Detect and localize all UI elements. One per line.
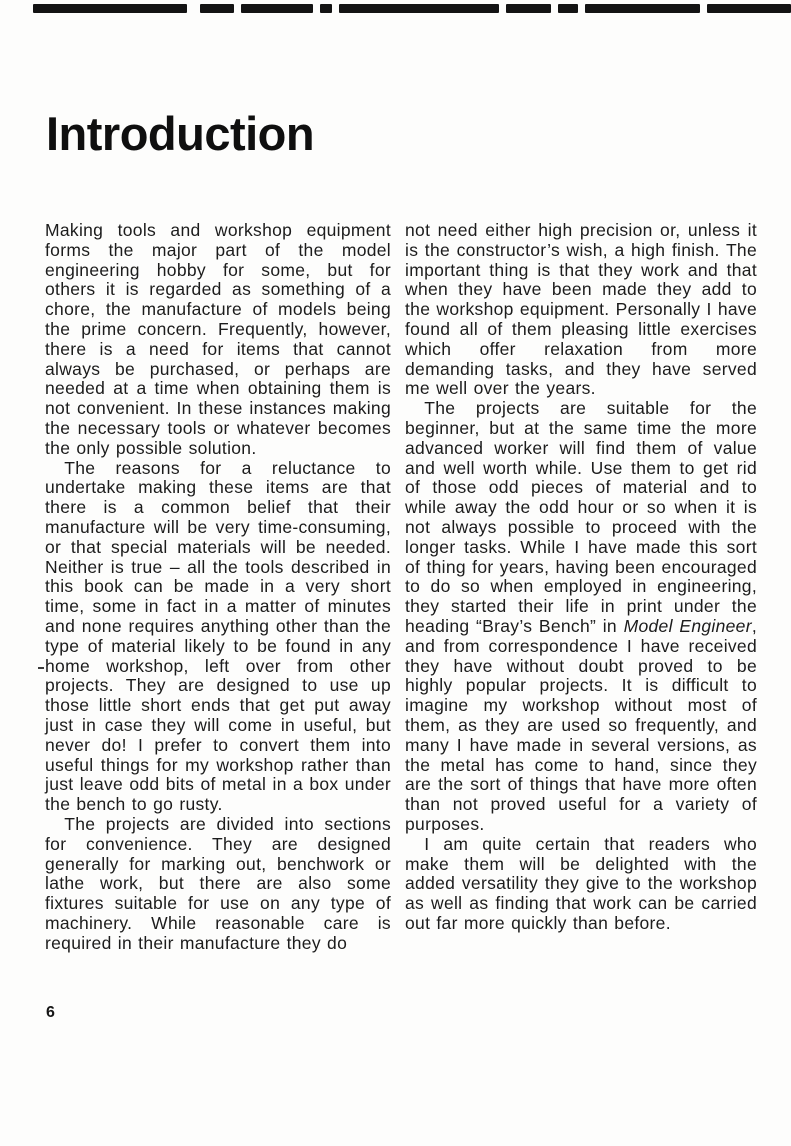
body-text: Making tools and workshop equipment form…	[45, 221, 757, 953]
paragraph: I am quite certain that readers who make…	[405, 835, 757, 934]
scan-mark	[506, 4, 551, 13]
scan-mark	[558, 4, 578, 13]
scan-mark	[33, 4, 187, 13]
text-segment: I am quite certain that readers who make…	[405, 834, 757, 933]
scan-mark	[241, 4, 313, 13]
text-segment: The reasons for a reluctance to undertak…	[45, 458, 391, 815]
scan-mark	[320, 4, 332, 13]
chapter-title: Introduction	[46, 108, 314, 160]
scan-mark	[585, 4, 700, 13]
paragraph: The projects are suitable for the beginn…	[405, 399, 757, 835]
book-page: Introduction Making tools and workshop e…	[0, 0, 791, 1146]
scan-mark	[200, 4, 234, 13]
paragraph: not need either high precision or, unles…	[405, 221, 757, 399]
text-segment: not need either high precision or, unles…	[405, 220, 757, 398]
text-column-left: Making tools and workshop equipment form…	[45, 221, 391, 953]
scan-artifact-speck	[38, 667, 44, 669]
text-segment: , and from correspondence I have receive…	[405, 616, 757, 834]
text-column-right: not need either high precision or, unles…	[405, 221, 757, 953]
scan-mark	[707, 4, 791, 13]
paragraph: The projects are divided into sections f…	[45, 815, 391, 954]
scan-mark	[339, 4, 499, 13]
paragraph: Making tools and workshop equipment form…	[45, 221, 391, 459]
book-title-italic: Model Engineer	[624, 616, 752, 636]
text-segment: The projects are divided into sections f…	[45, 814, 391, 953]
text-segment: The projects are suitable for the beginn…	[405, 398, 757, 636]
page-number: 6	[46, 1004, 55, 1022]
paragraph: The reasons for a reluctance to undertak…	[45, 459, 391, 815]
text-segment: Making tools and workshop equipment form…	[45, 220, 391, 458]
